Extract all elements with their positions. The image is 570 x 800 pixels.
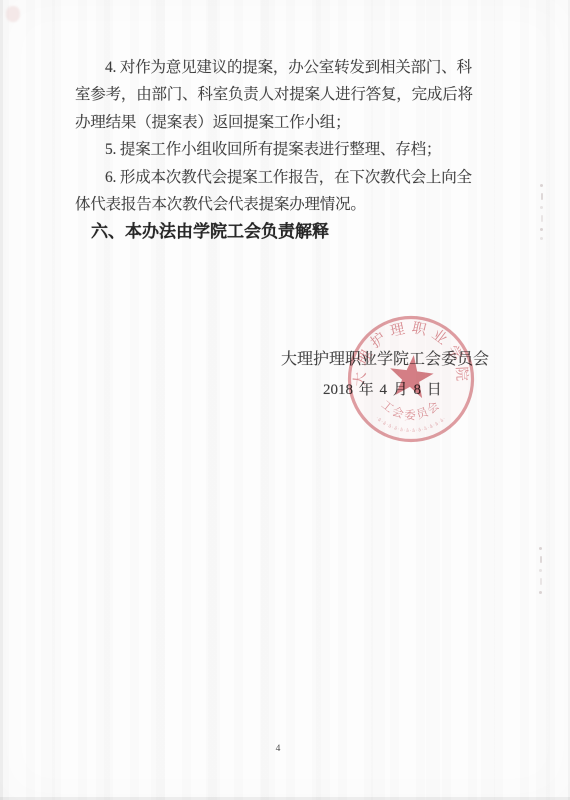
margin-smudge-lower (539, 547, 542, 594)
paragraph-6-line-2: 体代表报告本次教代会代表提案办理情况。 (75, 191, 505, 218)
scan-edge-left (0, 0, 3, 800)
document-page: 4. 对作为意见建议的提案，办公室转发到相关部门、科 室参考，由部门、科室负责人… (0, 0, 570, 800)
smudge-dash (540, 578, 542, 585)
paragraph-4-line-1: 4. 对作为意见建议的提案，办公室转发到相关部门、科 (105, 54, 505, 81)
smudge-dot (539, 591, 542, 594)
page-number: 4 (271, 744, 285, 754)
smudge-dash (541, 215, 543, 222)
smudge-dot (539, 547, 542, 550)
smudge-dot (540, 228, 543, 231)
paragraph-6-line-1: 6. 形成本次教代会提案工作报告，在下次教代会上向全 (105, 164, 505, 191)
smudge-dash (541, 193, 543, 200)
section-heading: 六、本办法由学院工会负责解释 (91, 218, 505, 245)
seal-svg: 大理护理职业学院 工会委员会 ·â·â·â·â·â·â·â·â·â·â·â·â· (341, 308, 481, 448)
smudge-dot (539, 569, 542, 572)
smudge-dot (540, 237, 543, 240)
corner-smudge (6, 6, 20, 22)
paragraph-5-line-1: 5. 提案工作小组收回所有提案表进行整理、存档； (105, 136, 505, 163)
body-text: 4. 对作为意见建议的提案，办公室转发到相关部门、科 室参考，由部门、科室负责人… (75, 54, 505, 246)
paragraph-4-line-2: 室参考，由部门、科室负责人对提案人进行答复，完成后将 (75, 81, 505, 108)
smudge-dot (540, 206, 543, 209)
smudge-dot (540, 184, 543, 187)
official-seal-stamp: 大理护理职业学院 工会委员会 ·â·â·â·â·â·â·â·â·â·â·â·â· (341, 308, 481, 448)
smudge-dash (540, 556, 542, 563)
margin-smudge-upper (540, 184, 543, 240)
paragraph-4-line-3: 办理结果（提案表）返回提案工作小组； (75, 109, 505, 136)
